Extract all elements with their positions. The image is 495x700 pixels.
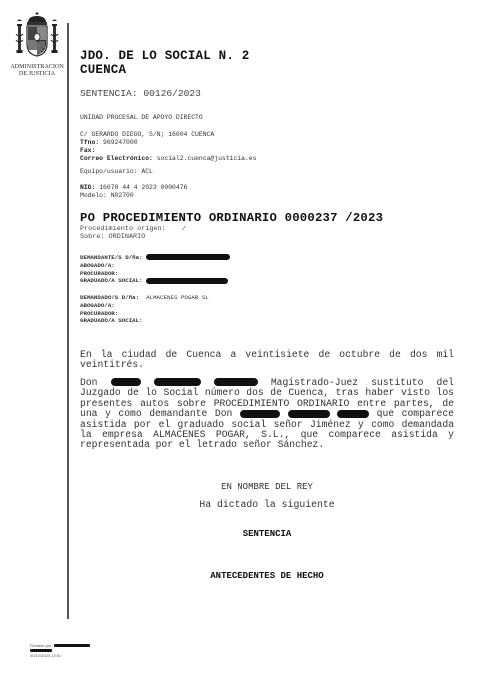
redacted-signer (54, 644, 90, 647)
unidad-procesal: UNIDAD PROCESAL DE APOYO DIRECTO (80, 114, 203, 122)
body-paragraph-2: Don Magistrado-Juez sustituto del Juzgad… (80, 378, 454, 451)
defendant-lawyer: ABOGADO/A: (80, 302, 209, 310)
defendant-label: DEMANDADO/S D/ña: (80, 294, 139, 301)
nig-block: NIG: 16078 44 4 2023 0000476 Modelo: N02… (80, 184, 187, 200)
redacted-name (146, 278, 228, 284)
logo-text: ADMINISTRACION DE JUSTICIA (8, 63, 66, 77)
redacted-name (111, 378, 141, 386)
plaintiff-lawyer: ABOGADO/A: (80, 262, 230, 270)
sentencia-number: SENTENCIA: 00126/2023 (80, 88, 201, 99)
defendant-name: ALMACENES POGAR SL (146, 294, 209, 301)
court-line-2: CUENCA (80, 63, 249, 77)
equipo-usuario: Equipo/usuario: ACL (80, 168, 153, 176)
plaintiff-procurador: PROCURADOR: (80, 270, 230, 278)
defendant-procurador: PROCURADOR: (80, 310, 209, 318)
procedure-subject: Sobre: ORDINARIO (80, 233, 186, 241)
spanish-coat-of-arms-icon (14, 10, 60, 62)
plaintiff-block: DEMANDANTE/S D/ña: ABOGADO/A: PROCURADOR… (80, 254, 230, 285)
office-fax: Fax: (80, 147, 256, 155)
antecedentes-heading: ANTECEDENTES DE HECHO (80, 571, 454, 581)
office-phone: Tfno: 969247000 (80, 139, 256, 147)
redacted-name (240, 410, 280, 418)
office-contact: C/ GERARDO DIEGO, S/N; 16004 CUENCA Tfno… (80, 131, 256, 163)
plaintiff-label: DEMANDANTE/S D/ña: (80, 254, 143, 261)
nig: NIG: 16078 44 4 2023 0000476 (80, 184, 187, 192)
redacted-name (214, 378, 258, 386)
signature-footer: Firmado por: 30/10/2023 13:51 (30, 643, 90, 658)
body-paragraph-1: En la ciudad de Cuenca a veintisiete de … (80, 350, 454, 371)
justice-administration-logo: ADMINISTRACION DE JUSTICIA (8, 10, 66, 77)
en-nombre-del-rey: EN NOMBRE DEL REY (80, 482, 454, 492)
plaintiff-graduado: GRADUADO/A SOCIAL: (80, 277, 143, 284)
margin-rule (67, 23, 69, 619)
procedure-meta: Procedimiento origen: / Sobre: ORDINARIO (80, 225, 186, 241)
office-address: C/ GERARDO DIEGO, S/N; 16004 CUENCA (80, 131, 256, 139)
defendant-block: DEMANDADO/S D/ña: ALMACENES POGAR SL ABO… (80, 294, 209, 325)
sentencia-heading: SENTENCIA (80, 529, 454, 539)
redacted-name (146, 254, 230, 260)
redacted-name (337, 410, 369, 418)
redacted-name (154, 378, 201, 386)
modelo: Modelo: N02700 (80, 192, 187, 200)
defendant-graduado: GRADUADO/A SOCIAL: (80, 317, 209, 325)
office-email: Correo Electrónico: social2.cuenca@justi… (80, 155, 256, 163)
redacted-signer (30, 649, 52, 652)
redacted-name (288, 410, 330, 418)
court-name: JDO. DE LO SOCIAL N. 2 CUENCA (80, 49, 249, 77)
procedure-origin: Procedimiento origen: / (80, 225, 186, 233)
signature-date: 30/10/2023 13:51 (30, 653, 90, 658)
ha-dictado: Ha dictado la siguiente (80, 499, 454, 510)
court-line-1: JDO. DE LO SOCIAL N. 2 (80, 49, 249, 63)
procedure-title: PO PROCEDIMIENTO ORDINARIO 0000237 /2023 (80, 211, 383, 225)
